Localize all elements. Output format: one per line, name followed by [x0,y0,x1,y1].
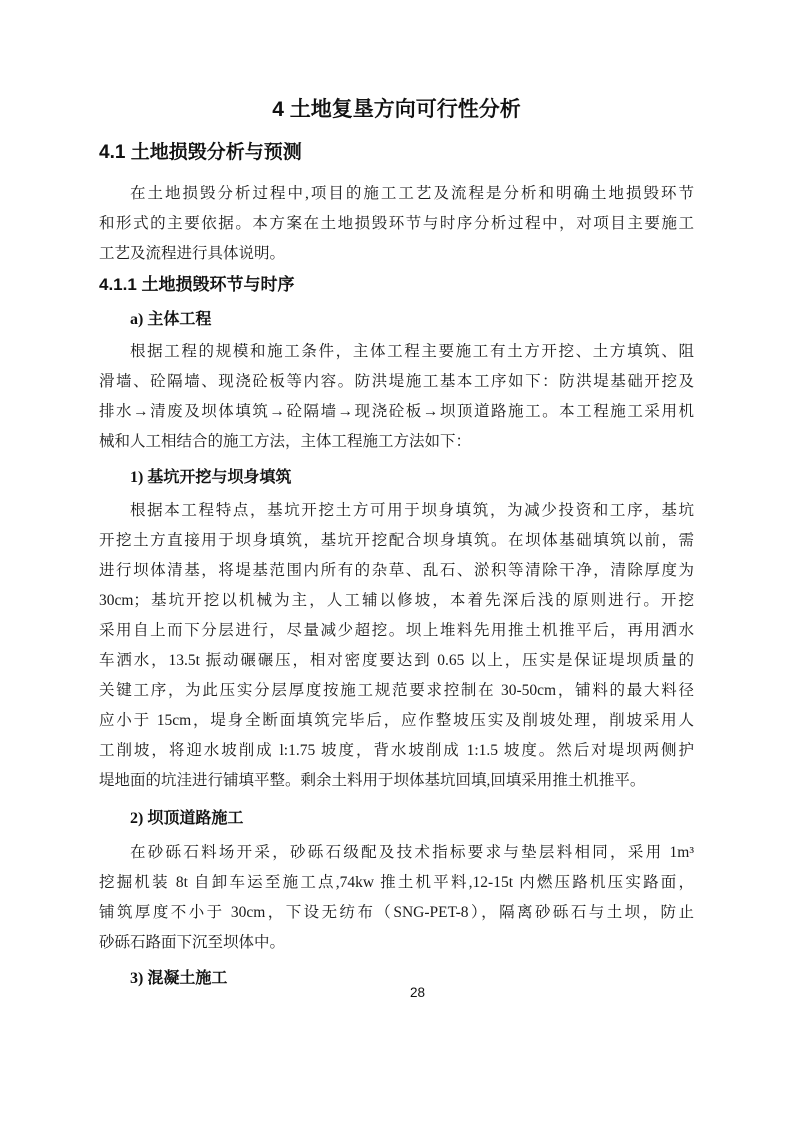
paragraph-dam-road: 在砂砾石料场开采，砂砾石级配及技术指标要求与垫层料相同，采用 1m³挖掘机装 8… [99,838,694,958]
text-line: 砂砾石路面下沉至坝体中。 [99,928,694,958]
text-line: 根据工程的规模和施工条件，主体工程主要施工有土方开挖、土方填筑、阻 [99,337,694,367]
section-4-1-1-heading: 4.1.1 土地损毁环节与时序 [99,273,694,296]
paragraph-main-works: 根据工程的规模和施工条件，主体工程主要施工有土方开挖、土方填筑、阻滑墙、砼隔墙、… [99,337,694,457]
text-line: 采用自上而下分层进行，尽量减少超挖。坝上堆料先用推土机推平后，再用洒水 [99,616,694,646]
text-line: 工艺及流程进行具体说明。 [99,239,694,269]
document-content: 4 土地复垦方向可行性分析4.1 土地损毁分析与预测在土地损毁分析过程中,项目的… [99,0,694,994]
text-line: 应小于 15cm，堤身全断面填筑完毕后，应作整坡压实及削坡处理，削坡采用人 [99,706,694,736]
subheading-a-main-works: a) 主体工程 [99,305,694,335]
text-line: 挖掘机装 8t 自卸车运至施工点,74kw 推土机平料,12-15t 内燃压路机… [99,868,694,898]
intro-paragraph: 在土地损毁分析过程中,项目的施工工艺及流程是分析和明确土地损毁环节和形式的主要依… [99,179,694,269]
paragraph-pit-excavation: 根据本工程特点，基坑开挖土方可用于坝身填筑，为减少投资和工序，基坑开挖土方直接用… [99,496,694,796]
subheading-2-dam-road: 2) 坝顶道路施工 [99,804,694,834]
text-line: 工削坡，将迎水坡削成 l:1.75 坡度，背水坡削成 1:1.5 坡度。然后对堤… [99,736,694,766]
text-line: 排水→清废及坝体填筑→砼隔墙→现浇砼板→坝顶道路施工。本工程施工采用机 [99,397,694,427]
text-line: 铺筑厚度不小于 30cm，下设无纺布（SNG-PET-8），隔离砂砾石与土坝，防… [99,898,694,928]
doc-title: 4 土地复垦方向可行性分析 [99,97,694,123]
section-4-1-heading: 4.1 土地损毁分析与预测 [99,141,694,165]
text-line: 在砂砾石料场开采，砂砾石级配及技术指标要求与垫层料相同，采用 1m³ [99,838,694,868]
text-line: 械和人工相结合的施工方法，主体工程施工方法如下： [99,427,694,457]
text-line: 堤地面的坑洼进行铺填平整。剩余土料用于坝体基坑回填,回填采用推土机推平。 [99,766,694,796]
text-line: 车洒水，13.5t 振动碾碾压，相对密度要达到 0.65 以上，压实是保证堤坝质… [99,646,694,676]
text-line: 在土地损毁分析过程中,项目的施工工艺及流程是分析和明确土地损毁环节 [99,179,694,209]
text-line: 和形式的主要依据。本方案在土地损毁环节与时序分析过程中，对项目主要施工 [99,209,694,239]
subheading-1-pit-excavation: 1) 基坑开挖与坝身填筑 [99,463,694,493]
text-line: 根据本工程特点，基坑开挖土方可用于坝身填筑，为减少投资和工序，基坑 [99,496,694,526]
text-line: 开挖土方直接用于坝身填筑，基坑开挖配合坝身填筑。在坝体基础填筑以前，需 [99,526,694,556]
text-line: 滑墙、砼隔墙、现浇砼板等内容。防洪堤施工基本工序如下：防洪堤基础开挖及 [99,367,694,397]
text-line: 关键工序，为此压实分层厚度按施工规范要求控制在 30-50cm，铺料的最大料径 [99,676,694,706]
text-line: 进行坝体清基，将堤基范围内所有的杂草、乱石、淤积等清除干净，清除厚度为 [99,556,694,586]
document-page: 4 土地复垦方向可行性分析4.1 土地损毁分析与预测在土地损毁分析过程中,项目的… [0,0,793,1122]
text-line: 30cm；基坑开挖以机械为主，人工辅以修坡，本着先深后浅的原则进行。开挖 [99,586,694,616]
page-number: 28 [0,985,793,1000]
